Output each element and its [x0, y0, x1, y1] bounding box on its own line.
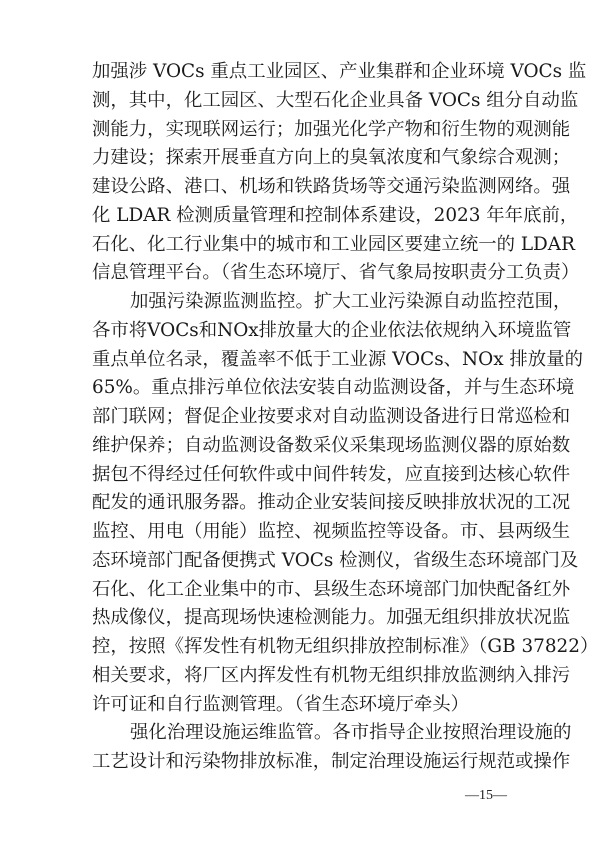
text-line: 许可证和自行监测管理。（省生态环境厅牵头）: [92, 691, 510, 720]
page-number: —15—: [465, 788, 507, 804]
text-line: 力建设；探索开展垂直方向上的臭氧浓度和气象综合观测；: [92, 144, 510, 173]
text-line: 65%。重点排污单位依法安装自动监测设备，并与生态环境: [92, 374, 510, 403]
text-line: 热成像仪，提高现场快速检测能力。加强无组织排放状况监: [92, 604, 510, 633]
text-line: 信息管理平台。（省生态环境厅、省气象局按职责分工负责）: [92, 259, 510, 288]
paragraph: 强化治理设施运维监管。各市指导企业按照治理设施的 工艺设计和污染物排放标准，制定…: [92, 719, 510, 777]
text-line: 建设公路、港口、机场和铁路货场等交通污染监测网络。强: [92, 173, 510, 202]
paragraph: 加强涉 VOCs 重点工业园区、产业集群和企业环境 VOCs 监 测，其中，化工…: [92, 58, 510, 288]
text-line: 强化治理设施运维监管。各市指导企业按照治理设施的: [92, 719, 510, 748]
text-line: 石化、化工行业集中的城市和工业园区要建立统一的 LDAR: [92, 231, 510, 260]
text-line: 石化、化工企业集中的市、县级生态环境部门加快配备红外: [92, 576, 510, 605]
text-line: 相关要求，将厂区内挥发性有机物无组织排放监测纳入排污: [92, 662, 510, 691]
text-line: 工艺设计和污染物排放标准，制定治理设施运行规范或操作: [92, 748, 510, 777]
text-line: 各市将VOCs和NOx排放量大的企业依法依规纳入环境监管: [92, 317, 510, 346]
text-line: 测能力，实现联网运行；加强光化学产物和衍生物的观测能: [92, 116, 510, 145]
text-line: 据包不得经过任何软件或中间件转发，应直接到达核心软件: [92, 461, 510, 490]
paragraph: 加强污染源监测监控。扩大工业污染源自动监控范围， 各市将VOCs和NOx排放量大…: [92, 288, 510, 719]
text-line: 态环境部门配备便携式 VOCs 检测仪，省级生态环境部门及: [92, 547, 510, 576]
text-line: 重点单位名录，覆盖率不低于工业源 VOCs、NOx 排放量的: [92, 346, 510, 375]
text-line: 维护保养；自动监测设备数采仪采集现场监测仪器的原始数: [92, 432, 510, 461]
text-line: 加强污染源监测监控。扩大工业污染源自动监控范围，: [92, 288, 510, 317]
text-line: 配发的通讯服务器。推动企业安装间接反映排放状况的工况: [92, 489, 510, 518]
text-line: 加强涉 VOCs 重点工业园区、产业集群和企业环境 VOCs 监: [92, 58, 510, 87]
document-body: 加强涉 VOCs 重点工业园区、产业集群和企业环境 VOCs 监 测，其中，化工…: [92, 58, 510, 777]
text-line: 控，按照《挥发性有机物无组织排放控制标准》（GB 37822）: [92, 633, 510, 662]
text-line: 部门联网；督促企业按要求对自动监测设备进行日常巡检和: [92, 403, 510, 432]
text-line: 化 LDAR 检测质量管理和控制体系建设，2023 年年底前，: [92, 202, 510, 231]
text-line: 监控、用电（用能）监控、视频监控等设备。市、县两级生: [92, 518, 510, 547]
text-line: 测，其中，化工园区、大型石化企业具备 VOCs 组分自动监: [92, 87, 510, 116]
